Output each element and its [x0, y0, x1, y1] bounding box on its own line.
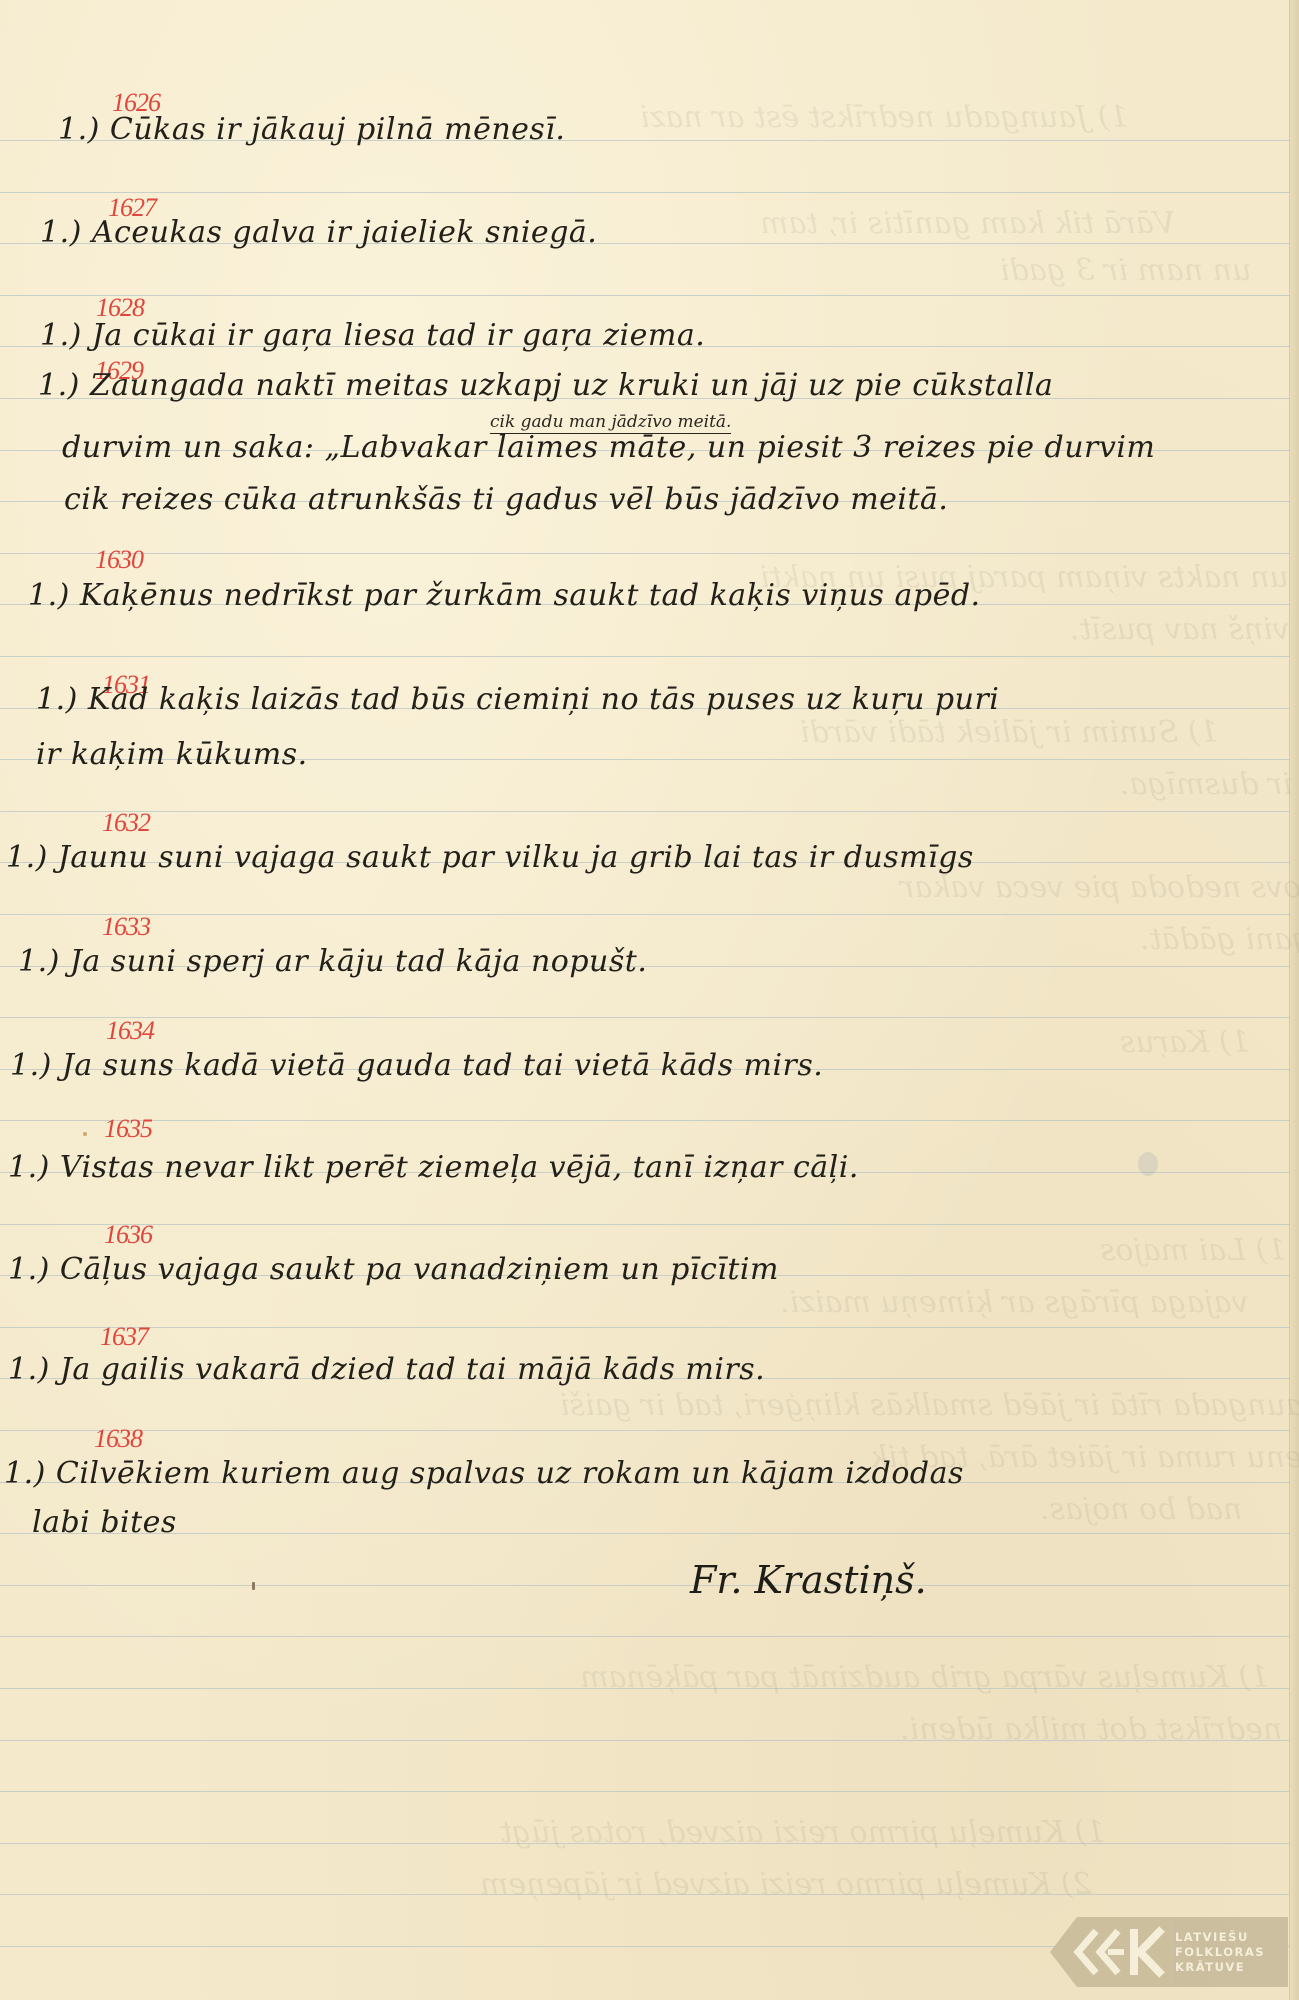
entry-number: 1633: [102, 912, 150, 942]
entry-text-line: 1.) Ja suni sperj ar kāju tad kāja nopuš…: [18, 944, 647, 979]
lfk-logo-icon: [1050, 1917, 1173, 1987]
bleed-through-text: 1) Jaungadu nedrīkst ēst ar nazi: [640, 100, 1129, 135]
entry-text-line: 1.) Cūkas ir jākauj pilnā mēnesī.: [58, 112, 565, 147]
page-edge: [1289, 0, 1299, 2000]
entry-text-line: ir kaķim kūkums.: [36, 737, 308, 772]
bleed-through-text: 1) Lai majos: [1100, 1233, 1286, 1268]
entry-text-line: 1.) Ja cūkai ir gaŗa liesa tad ir gaŗa z…: [40, 318, 705, 353]
entry-text-line: cik reizes cūka atrunkšās ti gadus vēl b…: [64, 482, 948, 517]
ruled-line: [0, 1430, 1290, 1431]
bleed-through-text: Jaungada rītā ir jāēd smalkās kliņģeri, …: [560, 1388, 1299, 1423]
stain: [1138, 1152, 1158, 1176]
ruled-line: [0, 1224, 1290, 1225]
archive-name-line: FOLKLORAS: [1175, 1945, 1288, 1960]
entry-text-line: 1.) Jaunu suni vajaga saukt par vilku ja…: [6, 840, 974, 875]
entry-text-line: 1.) Cilvēkiem kuriem aug spalvas uz roka…: [4, 1456, 964, 1491]
ruled-line: [0, 1120, 1290, 1121]
entry-text-line: 1.) Vistas nevar likt perēt ziemeļa vējā…: [8, 1150, 859, 1185]
entry-text-line: 1.) Kad kaķis laizās tad būs ciemiņi no …: [36, 682, 999, 717]
entry-number: 1636: [104, 1220, 152, 1250]
ruled-line: [0, 1327, 1290, 1328]
bleed-through-text: Vārā tik kam ganītis ir, tam: [760, 206, 1175, 241]
collector-signature: Fr. Krastiņš.: [690, 1558, 927, 1602]
bleed-through-text: 2) Kumeļu pirmo reizi aizved ir jāpeņem: [480, 1867, 1092, 1902]
bleed-through-text: nad bo nojas.: [1040, 1492, 1242, 1527]
bleed-through-text: ir dusmīga.: [1120, 767, 1292, 802]
bleed-through-text: un nam ir 3 gadi: [1000, 253, 1251, 288]
entry-number: 1635: [104, 1114, 152, 1144]
bleed-through-text: vajaga pīrāgs ar ķimeņu maizi.: [780, 1285, 1249, 1320]
entry-text-line: 1.) Ja suns kadā vietā gauda tad tai vie…: [10, 1048, 823, 1083]
ruled-line: [0, 1636, 1290, 1637]
entry-text-line: durvim un saka: „Labvakar laimes māte, u…: [62, 430, 1155, 465]
archive-name-line: KRĀTUVE: [1175, 1960, 1288, 1975]
bleed-through-text: gani gādāt.: [1140, 922, 1299, 957]
bleed-through-text: 1) Kumeļu pirmo reizi aizved, rotas jūgt: [500, 1815, 1105, 1850]
entry-text-line: 1.) Ja gailis vakarā dzied tad tai mājā …: [8, 1352, 765, 1387]
ruled-line: [0, 1585, 1290, 1586]
archive-name: LATVIEŠU FOLKLORAS KRĀTUVE: [1173, 1917, 1288, 1987]
ink-speck: [252, 1582, 255, 1590]
entry-text-line: 1.) Cāļus vajaga saukt pa vanadziņiem un…: [8, 1252, 779, 1287]
bleed-through-text: 1) Lai govs nedoda pie veca vakar: [900, 870, 1299, 905]
entry-text-line: 1.) Kaķēnus nedrīkst par žurkām saukt ta…: [28, 578, 981, 613]
ruled-line: [0, 914, 1290, 915]
ruled-line: [0, 1533, 1290, 1534]
ink-speck: [83, 1132, 87, 1136]
ruled-line: [0, 553, 1290, 554]
entry-text-line: labi bites: [32, 1505, 177, 1540]
bleed-through-text: 1) Kaŗus: [1120, 1025, 1250, 1060]
archive-name-line: LATVIEŠU: [1175, 1930, 1288, 1945]
entry-text-line: 1.) Aceukas galva ir jaieliek sniegā.: [40, 215, 597, 250]
entry-number: 1630: [95, 545, 143, 575]
entry-number: 1634: [106, 1016, 154, 1046]
archive-watermark-logo: LATVIEŠU FOLKLORAS KRĀTUVE: [1050, 1917, 1288, 1987]
bleed-through-text: 1) Kumeļus vārpa grib audzināt par pāķēn…: [580, 1660, 1269, 1695]
entry-number: 1638: [94, 1424, 142, 1454]
entry-text-line: 1.) Zaungada naktī meitas uzkapj uz kruk…: [38, 368, 1053, 403]
ruled-line: [0, 1791, 1290, 1792]
entry-number: 1632: [102, 808, 150, 838]
bleed-through-text: tad viņš nav pusīt.: [1070, 612, 1299, 647]
ruled-line: [0, 192, 1290, 193]
manuscript-page: [0, 0, 1290, 2000]
bleed-through-text: 1) Sunim ir jāliek tādi vārdi: [800, 715, 1219, 750]
ruled-line: [0, 295, 1290, 296]
entry-number: 1637: [100, 1322, 148, 1352]
bleed-through-text: nedrīkst dot milka ūdeni.: [900, 1712, 1282, 1747]
ruled-line: [0, 656, 1290, 657]
ruled-line: [0, 811, 1290, 812]
ruled-line: [0, 1017, 1290, 1018]
